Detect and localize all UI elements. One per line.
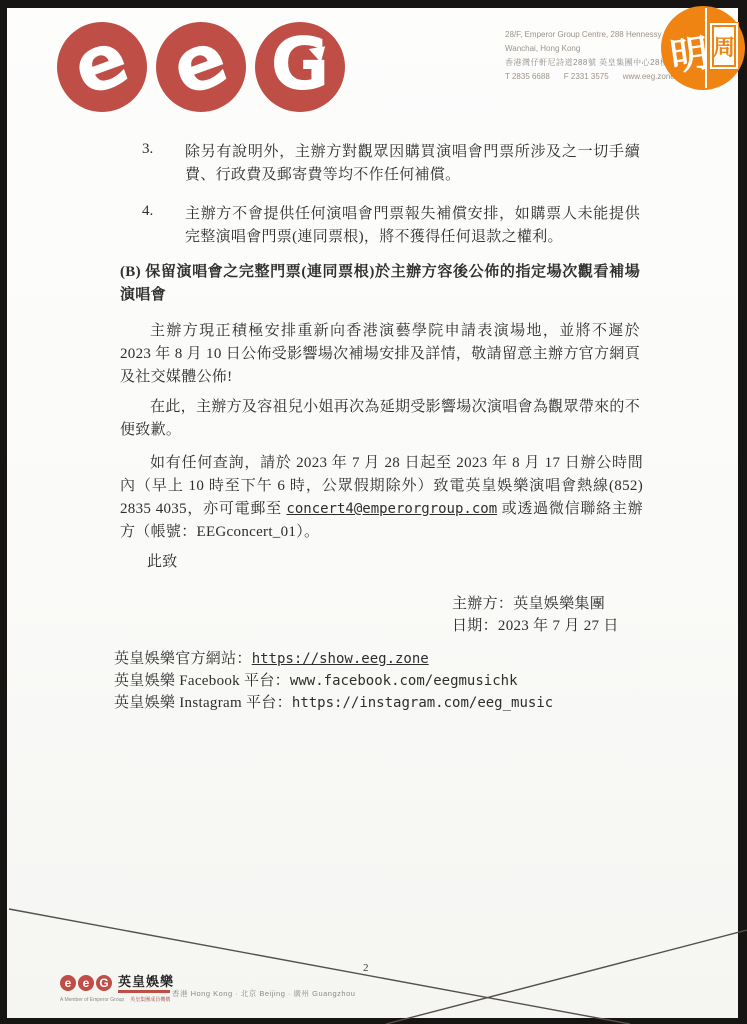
letterhead-fax: F 2331 3575	[564, 70, 609, 84]
mingpao-watermark-badge: 明 周	[661, 6, 745, 90]
facebook-link[interactable]: www.facebook.com/eegmusichk	[290, 673, 518, 689]
instagram-line: 英皇娛樂 Instagram 平台：https://instagram.com/…	[114, 692, 553, 715]
eeg-logo-letter: e	[162, 19, 236, 108]
facebook-label: 英皇娛樂 Facebook 平台：	[114, 673, 290, 689]
address-line-en-1: 28/F, Emperor Group Centre, 288 Hennessy…	[505, 28, 667, 42]
eeg-logo: e e G	[57, 22, 345, 112]
footer-member-line: A Member of Emperor Group英皇集團成員機構	[60, 996, 170, 1003]
instagram-link[interactable]: https://instagram.com/eeg_music	[292, 695, 553, 711]
paragraph-enquiry: 如有任何查詢，請於 2023 年 7 月 28 日起至 2023 年 8 月 1…	[120, 452, 643, 544]
badge-divider	[705, 8, 707, 88]
address-line-en-2: Wanchai, Hong Kong	[505, 42, 667, 56]
letterhead-web: www.eeg.zone	[623, 70, 675, 84]
badge-chow-box: 周	[709, 22, 739, 70]
eeg-logo-circle-2: e	[156, 22, 246, 112]
paragraph-apology: 在此，主辦方及容祖兒小姐再次為延期受影響場次演唱會為觀眾帶來的不便致歉。	[120, 396, 640, 442]
clause-3: 除另有說明外，主辦方對觀眾因購買演唱會門票所涉及之一切手續費、行政費及郵寄費等均…	[185, 141, 640, 187]
clause-4: 主辦方不會提供任何演唱會門票報失補償安排，如購票人未能提供完整演唱會門票(連同票…	[185, 203, 640, 249]
footer-member-en: A Member of Emperor Group	[60, 997, 124, 1003]
badge-chow-glyph: 周	[712, 25, 736, 67]
footer-member-zh: 英皇集團成員機構	[130, 997, 170, 1003]
footer-logo-underline	[118, 990, 170, 993]
official-site-link[interactable]: https://show.eeg.zone	[252, 651, 429, 667]
footer-company-name: 英皇娛樂	[118, 975, 174, 989]
footer-logo-letter: e	[78, 975, 94, 991]
letterhead-tel: T 2835 6688	[505, 70, 550, 84]
eeg-logo-circle-3: G	[255, 22, 345, 112]
facebook-line: 英皇娛樂 Facebook 平台：www.facebook.com/eegmus…	[114, 670, 518, 693]
official-site-line: 英皇娛樂官方網站：https://show.eeg.zone	[114, 648, 429, 671]
official-site-label: 英皇娛樂官方網站：	[114, 651, 252, 667]
letterhead-address: 28/F, Emperor Group Centre, 288 Hennessy…	[505, 28, 667, 84]
signoff-organizer: 主辦方：英皇娛樂集團	[452, 593, 605, 616]
signoff-date: 日期：2023 年 7 月 27 日	[452, 615, 619, 638]
closing-salutation: 此致	[147, 551, 178, 574]
list-number-4: 4.	[142, 203, 153, 220]
address-line-zh: 香港灣仔軒尼詩道288號 英皇集團中心28樓	[505, 56, 667, 70]
footer-logo-letter: e	[60, 975, 76, 991]
list-number-3: 3.	[142, 141, 153, 158]
section-b-heading: (B) 保留演唱會之完整門票(連同票根)於主辦方容後公佈的指定場次觀看補場演唱會	[120, 261, 640, 307]
instagram-label: 英皇娛樂 Instagram 平台：	[114, 695, 292, 711]
page-number: 2	[363, 962, 369, 974]
scanned-letter-photo: { "header": { "logo": { "letters": ["e",…	[0, 0, 747, 1024]
eeg-logo-letter: G	[270, 28, 329, 100]
footer-cities: 香港 Hong Kong · 北京 Beijing · 廣州 Guangzhou	[172, 988, 355, 999]
eeg-logo-circle-1: e	[57, 22, 147, 112]
footer-eeg-logo: e e G 英皇娛樂	[60, 975, 174, 993]
footer-logo-letter: G	[96, 975, 112, 991]
footer-logo-discs: e e G	[60, 975, 112, 991]
paragraph-venue: 主辦方現正積極安排重新向香港演藝學院申請表演場地，並將不遲於 2023 年 8 …	[120, 320, 640, 389]
eeg-logo-letter: e	[63, 19, 137, 108]
enquiry-email-link[interactable]: concert4@emperorgroup.com	[286, 501, 497, 517]
